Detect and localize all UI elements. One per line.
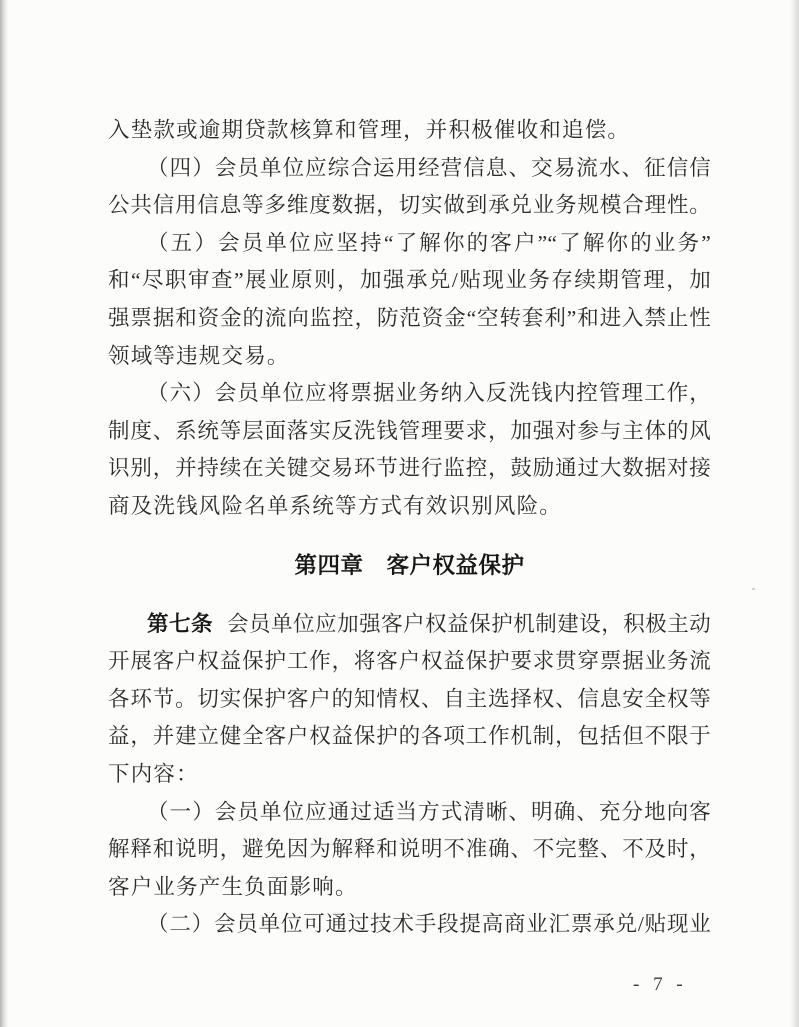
- text-line: 入垫款或逾期贷款核算和管理，并积极催收和追偿。: [108, 112, 711, 150]
- scan-edge-right: [790, 0, 799, 1027]
- text-line: 开展客户权益保护工作，将客户权益保护要求贯穿票据业务流程: [108, 643, 711, 681]
- text-line: （四）会员单位应综合运用经营信息、交易流水、征信信息、: [108, 150, 711, 188]
- chapter-heading: 第四章 客户权益保护: [108, 526, 711, 606]
- text-line: （五）会员单位应坚持“了解你的客户”“了解你的业务”: [108, 225, 711, 263]
- document-body: 入垫款或逾期贷款核算和管理，并积极催收和追偿。 （四）会员单位应综合运用经营信息…: [108, 112, 711, 944]
- text-line: （六）会员单位应将票据业务纳入反洗钱内控管理工作，在: [108, 375, 711, 413]
- text-line: 领域等违规交易。: [108, 338, 711, 376]
- page-number: - 7 -: [633, 974, 687, 996]
- scan-edge-left: [0, 0, 8, 1027]
- text-line: 制度、系统等层面落实反洗钱管理要求，加强对参与主体的风险: [108, 413, 711, 451]
- text-line: 客户业务产生负面影响。: [108, 869, 711, 907]
- text-line: 解释和说明，避免因为解释和说明不准确、不完整、不及时，对: [108, 831, 711, 869]
- text-line: 益，并建立健全客户权益保护的各项工作机制，包括但不限于以: [108, 718, 711, 756]
- text-line: 商及洗钱风险名单系统等方式有效识别风险。: [108, 488, 711, 526]
- text-line: 各环节。切实保护客户的知情权、自主选择权、信息安全权等权: [108, 681, 711, 719]
- article-number: 第七条: [147, 612, 213, 636]
- text-line: 强票据和资金的流向监控，防范资金“空转套利”和进入禁止性: [108, 300, 711, 338]
- text-line: 识别，并持续在关键交易环节进行监控，鼓励通过大数据对接工: [108, 450, 711, 488]
- text-line: 下内容：: [108, 756, 711, 794]
- scan-artifact-speck: [752, 588, 755, 590]
- text-line: 和“尽职审查”展业原则，加强承兑/贴现业务存续期管理，加: [108, 262, 711, 300]
- article-text: 会员单位应加强客户权益保护机制建设，积极主动: [227, 612, 711, 636]
- scanned-document-page: 入垫款或逾期贷款核算和管理，并积极催收和追偿。 （四）会员单位应综合运用经营信息…: [0, 0, 799, 1027]
- text-line-article: 第七条会员单位应加强客户权益保护机制建设，积极主动: [108, 606, 711, 644]
- text-line: （一）会员单位应通过适当方式清晰、明确、充分地向客户: [108, 794, 711, 832]
- text-line: （二）会员单位可通过技术手段提高商业汇票承兑/贴现业: [108, 906, 711, 944]
- text-line: 公共信用信息等多维度数据，切实做到承兑业务规模合理性。: [108, 187, 711, 225]
